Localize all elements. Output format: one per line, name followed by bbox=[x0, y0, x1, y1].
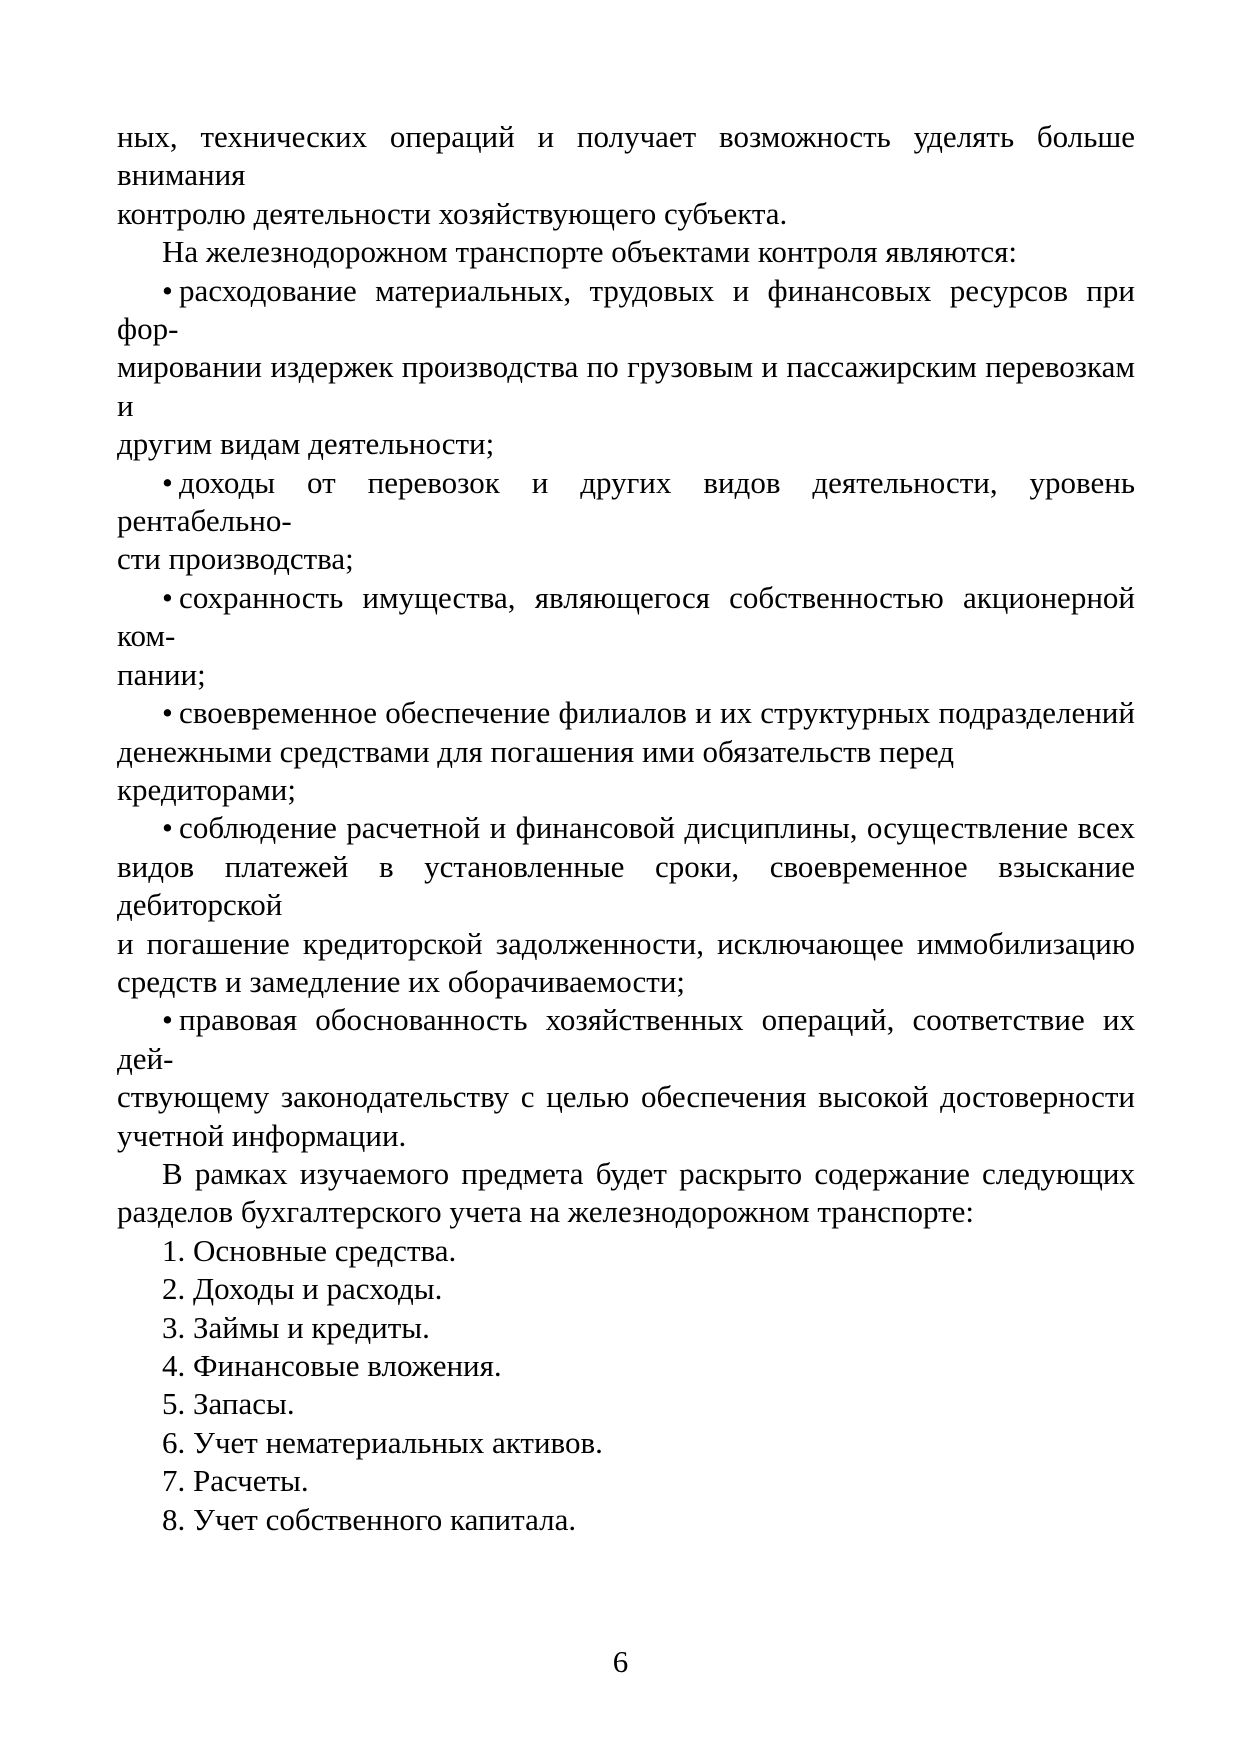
bullet-paragraph: • соблюдение расчетной и финансовой дисц… bbox=[117, 809, 1135, 1001]
text-line: • правовая обоснованность хозяйственных … bbox=[117, 1001, 1135, 1078]
bullet-paragraph: • доходы от перевозок и других видов дея… bbox=[117, 464, 1135, 579]
document-page: ных, технических операций и получает воз… bbox=[0, 0, 1241, 1755]
text-line: 2. Доходы и расходы. bbox=[117, 1270, 1135, 1308]
bullet-paragraph: • правовая обоснованность хозяйственных … bbox=[117, 1001, 1135, 1155]
text-line: • сохранность имущества, являющегося соб… bbox=[117, 579, 1135, 656]
text-line: и погашение кредиторской задолженности, … bbox=[117, 925, 1135, 963]
list-item: 7. Расчеты. bbox=[117, 1462, 1135, 1500]
text-line: 7. Расчеты. bbox=[117, 1462, 1135, 1500]
list-item: 5. Запасы. bbox=[117, 1385, 1135, 1423]
bullet-paragraph: • сохранность имущества, являющегося соб… bbox=[117, 579, 1135, 694]
text-line: сти производства; bbox=[117, 540, 1135, 578]
text-line: денежными средствами для погашения ими о… bbox=[117, 733, 1135, 810]
text-body: ных, технических операций и получает воз… bbox=[117, 118, 1135, 1539]
text-line: На железнодорожном транспорте объектами … bbox=[117, 233, 1135, 271]
list-item: 2. Доходы и расходы. bbox=[117, 1270, 1135, 1308]
text-line: ствующему законодательству с целью обесп… bbox=[117, 1078, 1135, 1116]
text-line: пании; bbox=[117, 656, 1135, 694]
list-item: 4. Финансовые вложения. bbox=[117, 1347, 1135, 1385]
list-item: 8. Учет собственного капитала. bbox=[117, 1501, 1135, 1539]
list-item: 6. Учет нематериальных активов. bbox=[117, 1424, 1135, 1462]
text-line: 6. Учет нематериальных активов. bbox=[117, 1424, 1135, 1462]
text-line: • соблюдение расчетной и финансовой дисц… bbox=[117, 809, 1135, 847]
text-line: • своевременное обеспечение филиалов и и… bbox=[117, 694, 1135, 732]
text-line: 8. Учет собственного капитала. bbox=[117, 1501, 1135, 1539]
text-line: 1. Основные средства. bbox=[117, 1232, 1135, 1270]
paragraph: ных, технических операций и получает воз… bbox=[117, 118, 1135, 233]
text-line: В рамках изучаемого предмета будет раскр… bbox=[117, 1155, 1135, 1193]
bullet-paragraph: • расходование материальных, трудовых и … bbox=[117, 272, 1135, 464]
text-line: 5. Запасы. bbox=[117, 1385, 1135, 1423]
paragraph: На железнодорожном транспорте объектами … bbox=[117, 233, 1135, 271]
text-line: видов платежей в установленные сроки, св… bbox=[117, 848, 1135, 925]
text-line: учетной информации. bbox=[117, 1117, 1135, 1155]
text-line: разделов бухгалтерского учета на железно… bbox=[117, 1193, 1135, 1231]
list-item: 1. Основные средства. bbox=[117, 1232, 1135, 1270]
list-item: 3. Займы и кредиты. bbox=[117, 1309, 1135, 1347]
page-number: 6 bbox=[0, 1643, 1241, 1681]
bullet-paragraph: • своевременное обеспечение филиалов и и… bbox=[117, 694, 1135, 809]
text-line: 3. Займы и кредиты. bbox=[117, 1309, 1135, 1347]
text-line: контролю деятельности хозяйствующего суб… bbox=[117, 195, 1135, 233]
text-line: мировании издержек производства по грузо… bbox=[117, 348, 1135, 425]
text-line: • доходы от перевозок и других видов дея… bbox=[117, 464, 1135, 541]
text-line: 4. Финансовые вложения. bbox=[117, 1347, 1135, 1385]
text-line: ных, технических операций и получает воз… bbox=[117, 118, 1135, 195]
text-line: средств и замедление их оборачиваемости; bbox=[117, 963, 1135, 1001]
text-line: • расходование материальных, трудовых и … bbox=[117, 272, 1135, 349]
paragraph: В рамках изучаемого предмета будет раскр… bbox=[117, 1155, 1135, 1232]
text-line: другим видам деятельности; bbox=[117, 425, 1135, 463]
